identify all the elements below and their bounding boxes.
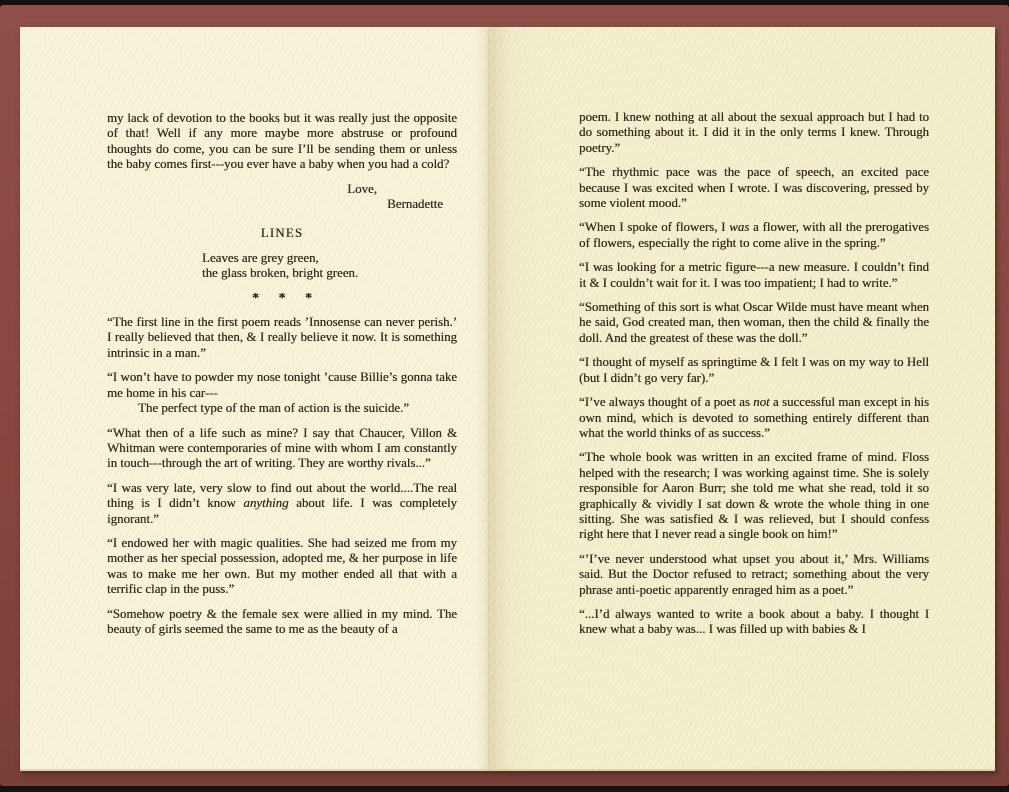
section-divider: * * * xyxy=(107,291,457,306)
paragraph: “The rhythmic pace was the pace of speec… xyxy=(579,165,929,211)
paragraph: “What then of a life such as mine? I say… xyxy=(107,426,457,472)
paragraph: “I thought of myself as springtime & I f… xyxy=(579,355,929,386)
quote-continuation-line-group: The perfect type of the man of action is… xyxy=(107,401,457,416)
poem-title: LINES xyxy=(107,226,457,241)
paragraph: “When I spoke of flowers, I was a flower… xyxy=(579,220,929,251)
paragraph: “The first line in the first poem reads … xyxy=(107,315,457,361)
left-page-text: my lack of devotion to the books but it … xyxy=(107,111,457,646)
paragraph: “Somehow poetry & the female sex were al… xyxy=(107,607,457,638)
paragraph: poem. I knew nothing at all about the se… xyxy=(579,110,929,156)
paragraph: “I endowed her with magic qualities. She… xyxy=(107,536,457,598)
verse-line: Leaves are grey green, xyxy=(202,251,457,266)
verse-line: the glass broken, bright green. xyxy=(202,266,457,281)
paragraph: “I won’t have to powder my nose tonight … xyxy=(107,370,457,401)
paragraph: “...I’d always wanted to write a book ab… xyxy=(579,607,929,638)
signature-line: Bernadette xyxy=(107,197,457,212)
paragraph: “I was very late, very slow to find out … xyxy=(107,481,457,527)
left-page: my lack of devotion to the books but it … xyxy=(20,27,490,771)
right-page-text: poem. I knew nothing at all about the se… xyxy=(579,110,929,647)
paragraph: “Something of this sort is what Oscar Wi… xyxy=(579,300,929,346)
verse-line-group: Leaves are grey green,the glass broken, … xyxy=(107,251,457,282)
paragraph: “’I’ve never understood what upset you a… xyxy=(579,552,929,598)
quote-continuation-line: The perfect type of the man of action is… xyxy=(138,401,457,416)
right-page: poem. I knew nothing at all about the se… xyxy=(490,27,995,771)
signature-line: Love, xyxy=(107,182,457,197)
paragraph: “I’ve always thought of a poet as not a … xyxy=(579,395,929,441)
paragraph: my lack of devotion to the books but it … xyxy=(107,111,457,173)
paragraph: “The whole book was written in an excite… xyxy=(579,450,929,542)
signature-block: Love,Bernadette xyxy=(107,182,457,213)
paragraph: “I was looking for a metric figure---a n… xyxy=(579,260,929,291)
